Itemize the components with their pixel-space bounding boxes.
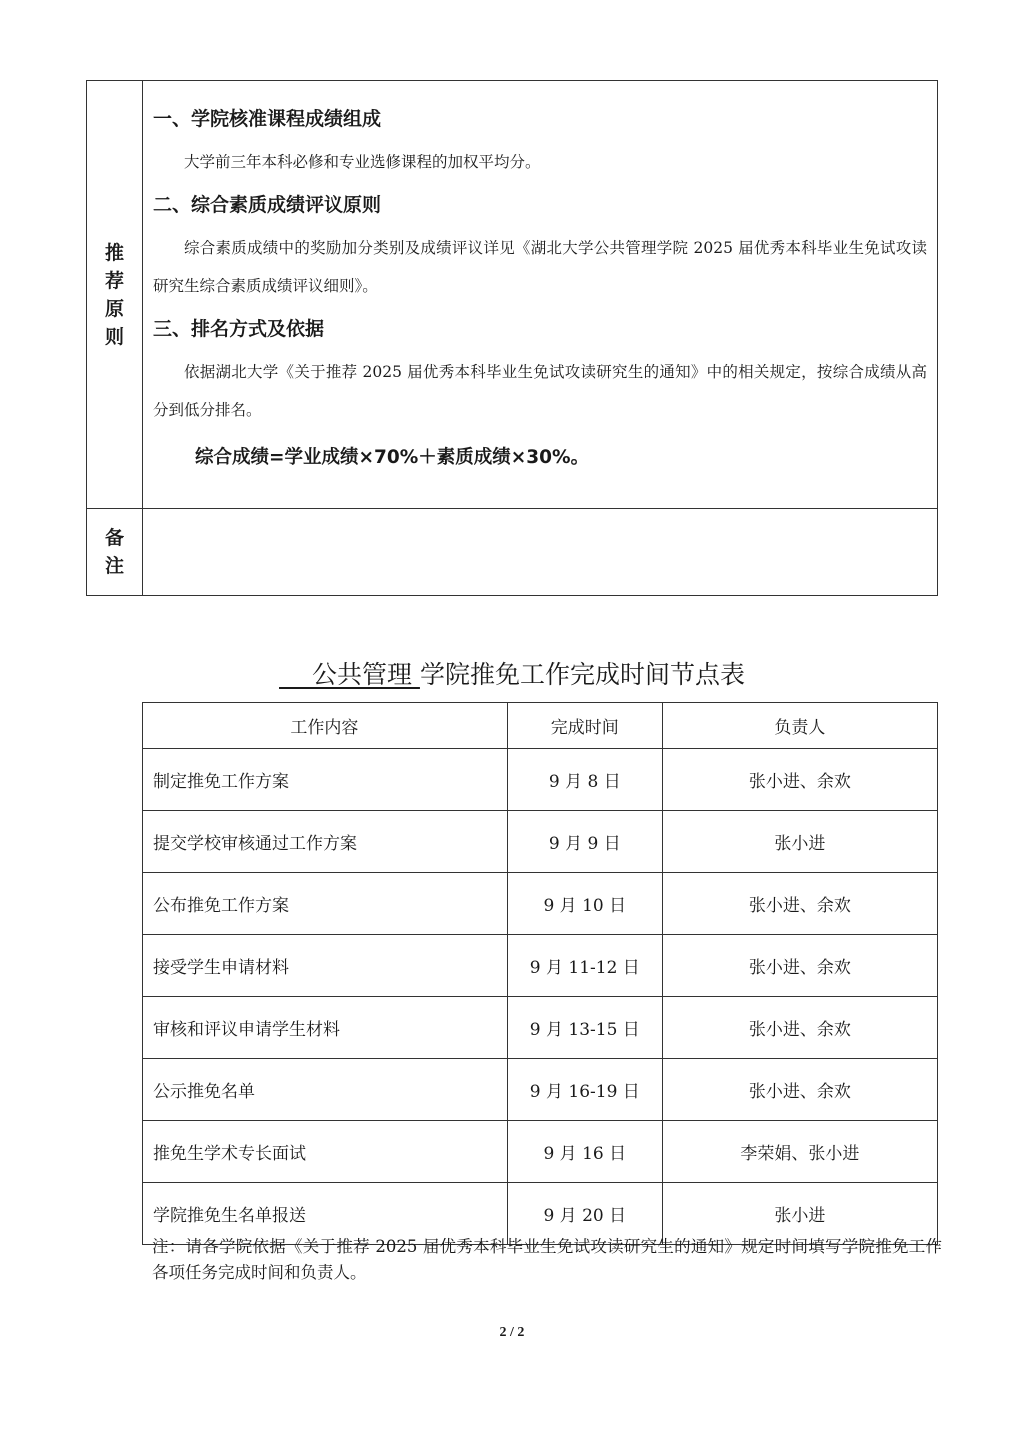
owner-cell: 张小进、余欢: [662, 935, 937, 997]
task-cell: 审核和评议申请学生材料: [143, 997, 508, 1059]
remarks-row: 备 注: [87, 509, 938, 596]
table-row: 公示推免名单 9 月 16-19 日 张小进、余欢: [143, 1059, 938, 1121]
college-name: 公共管理: [279, 660, 420, 689]
table-row: 接受学生申请材料 9 月 11-12 日 张小进、余欢: [143, 935, 938, 997]
side-label-char: 荐: [87, 267, 142, 295]
principles-row: 推 荐 原 则 一、学院核准课程成绩组成 大学前三年本科必修和专业选修课程的加权…: [87, 81, 938, 509]
page-number: 2 / 2: [0, 1325, 1024, 1341]
task-cell: 接受学生申请材料: [143, 935, 508, 997]
section-heading-2: 二、综合素质成绩评议原则: [153, 191, 927, 219]
section-heading-3: 三、排名方式及依据: [153, 315, 927, 343]
section-paragraph-1: 大学前三年本科必修和专业选修课程的加权平均分。: [153, 143, 927, 181]
remarks-content: [143, 509, 938, 596]
date-cell: 9 月 16-19 日: [507, 1059, 662, 1121]
schedule-note: 注：请各学院依据《关于推荐 2025 届优秀本科毕业生免试攻读研究生的通知》规定…: [152, 1234, 942, 1286]
task-cell: 制定推免工作方案: [143, 749, 508, 811]
header-owner: 负责人: [662, 703, 937, 749]
owner-cell: 张小进、余欢: [662, 873, 937, 935]
owner-cell: 张小进、余欢: [662, 749, 937, 811]
composite-score-formula: 综合成绩=学业成绩×70%＋素质成绩×30%。: [195, 443, 927, 473]
owner-cell: 张小进: [662, 811, 937, 873]
header-date: 完成时间: [507, 703, 662, 749]
schedule-title: 公共管理 学院推免工作完成时间节点表: [0, 656, 1024, 694]
date-cell: 9 月 13-15 日: [507, 997, 662, 1059]
table-row: 推免生学术专长面试 9 月 16 日 李荣娟、张小进: [143, 1121, 938, 1183]
side-label-char: 则: [87, 323, 142, 351]
table-row: 提交学校审核通过工作方案 9 月 9 日 张小进: [143, 811, 938, 873]
owner-cell: 张小进、余欢: [662, 997, 937, 1059]
table-header-row: 工作内容 完成时间 负责人: [143, 703, 938, 749]
task-cell: 提交学校审核通过工作方案: [143, 811, 508, 873]
table-row: 公布推免工作方案 9 月 10 日 张小进、余欢: [143, 873, 938, 935]
remarks-side-label: 备 注: [87, 509, 143, 596]
section-paragraph-3: 依据湖北大学《关于推荐 2025 届优秀本科毕业生免试攻读研究生的通知》中的相关…: [153, 353, 927, 429]
task-cell: 公示推免名单: [143, 1059, 508, 1121]
date-cell: 9 月 16 日: [507, 1121, 662, 1183]
principles-side-label: 推 荐 原 则: [87, 81, 143, 509]
owner-cell: 张小进、余欢: [662, 1059, 937, 1121]
task-cell: 推免生学术专长面试: [143, 1121, 508, 1183]
header-task: 工作内容: [143, 703, 508, 749]
recommendation-principles-table: 推 荐 原 则 一、学院核准课程成绩组成 大学前三年本科必修和专业选修课程的加权…: [86, 80, 938, 596]
side-label-char: 原: [87, 295, 142, 323]
table-row: 制定推免工作方案 9 月 8 日 张小进、余欢: [143, 749, 938, 811]
side-label-char: 备: [87, 524, 142, 552]
date-cell: 9 月 10 日: [507, 873, 662, 935]
side-label-char: 注: [87, 552, 142, 580]
schedule-table: 工作内容 完成时间 负责人 制定推免工作方案 9 月 8 日 张小进、余欢 提交…: [142, 702, 938, 1245]
side-label-char: 推: [87, 239, 142, 267]
date-cell: 9 月 8 日: [507, 749, 662, 811]
section-paragraph-2: 综合素质成绩中的奖励加分类别及成绩评议详见《湖北大学公共管理学院 2025 届优…: [153, 229, 927, 305]
principles-content: 一、学院核准课程成绩组成 大学前三年本科必修和专业选修课程的加权平均分。 二、综…: [143, 81, 938, 509]
date-cell: 9 月 11-12 日: [507, 935, 662, 997]
owner-cell: 李荣娟、张小进: [662, 1121, 937, 1183]
date-cell: 9 月 9 日: [507, 811, 662, 873]
section-heading-1: 一、学院核准课程成绩组成: [153, 105, 927, 133]
table-row: 审核和评议申请学生材料 9 月 13-15 日 张小进、余欢: [143, 997, 938, 1059]
schedule-title-text: 学院推免工作完成时间节点表: [420, 660, 745, 689]
task-cell: 公布推免工作方案: [143, 873, 508, 935]
